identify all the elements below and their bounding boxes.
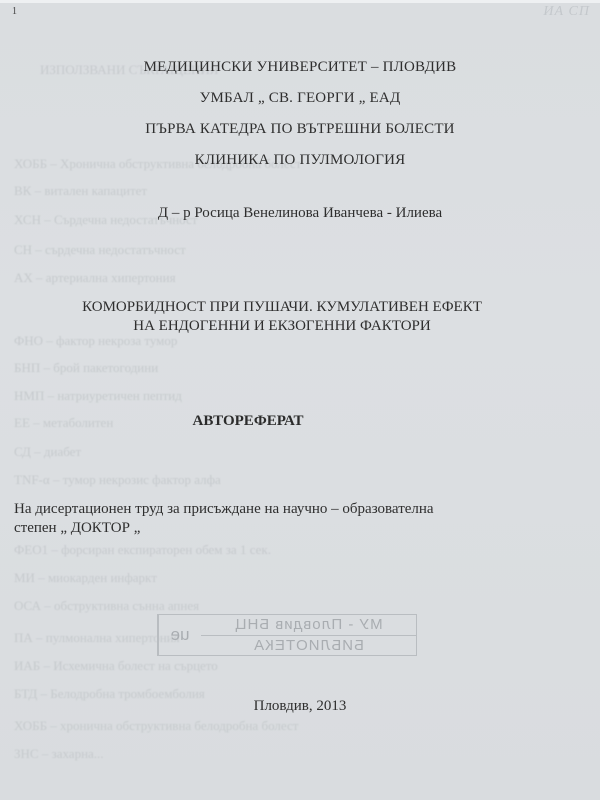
stamp-line: БИБЛИОТЕКА — [201, 635, 416, 656]
bleed-through-line: ИАБ – Исхемична болест на сърцето — [14, 658, 218, 674]
bleed-through-line: ВК – витален капацитет — [14, 183, 147, 199]
degree-purpose: На дисертационен труд за присъждане на н… — [14, 500, 574, 538]
scan-edge — [0, 0, 600, 3]
degree-purpose-line: степен „ ДОКТОР „ — [14, 519, 574, 538]
stamp-code: ue — [158, 615, 201, 655]
bleed-through-line: СН – сърдечна недостатъчност — [14, 242, 186, 258]
stamp-line: МУ - Пловдив БНЦ — [201, 615, 416, 635]
bleed-through-line: ХОББ – хронична обструктивна белодробна … — [14, 718, 298, 734]
bleed-through-line: СД – диабет — [14, 444, 81, 460]
thesis-title-line: КОМОРБИДНОСТ ПРИ ПУШАЧИ. КУМУЛАТИВЕН ЕФЕ… — [22, 298, 542, 317]
page-number: 1 — [12, 6, 17, 17]
bleed-through-line: TNF-α – тумор некрозис фактор алфа — [14, 472, 221, 488]
header-university: МЕДИЦИНСКИ УНИВЕРСИТЕТ – ПЛОВДИВ — [0, 59, 600, 76]
bleed-through-line: МИ – миокарден инфаркт — [14, 570, 157, 586]
bleed-through-line: ФЕО1 – форсиран експираторен обем за 1 с… — [14, 542, 271, 558]
bleed-through-line: АХ – артериална хипертония — [14, 270, 176, 286]
bleed-through-line: ПА – пулмонална хипертония — [14, 630, 180, 646]
handwritten-corner-mark: ИА СП — [543, 4, 590, 20]
header-clinic: КЛИНИКА ПО ПУЛМОЛОГИЯ — [0, 152, 600, 169]
library-stamp: ue МУ - Пловдив БНЦ БИБЛИОТЕКА — [157, 614, 417, 656]
bleed-through-line: ЗНС – захарна... — [14, 746, 104, 762]
document-type: АВТОРЕФЕРАТ — [0, 413, 496, 430]
header-hospital: УМБАЛ „ СВ. ГЕОРГИ „ ЕАД — [0, 90, 600, 107]
author-name: Д – р Росица Венелинова Иванчева - Илиев… — [0, 205, 600, 222]
thesis-title-line: НА ЕНДОГЕННИ И ЕКЗОГЕННИ ФАКТОРИ — [22, 317, 542, 336]
bleed-through-line: ОСА – обструктивна сънна апнея — [14, 598, 199, 614]
degree-purpose-line: На дисертационен труд за присъждане на н… — [14, 500, 574, 519]
bleed-through-line: БНП – брой пакетогодини — [14, 360, 158, 376]
header-department: ПЪРВА КАТЕДРА ПО ВЪТРЕШНИ БОЛЕСТИ — [0, 121, 600, 138]
thesis-title: КОМОРБИДНОСТ ПРИ ПУШАЧИ. КУМУЛАТИВЕН ЕФЕ… — [22, 298, 542, 336]
place-and-year: Пловдив, 2013 — [0, 698, 600, 715]
document-page: ИЗПОЛЗВАНИ СЪКРАЩЕНИЯ ХОББ – Хронична об… — [0, 0, 600, 800]
bleed-through-line: НМП – натриуретичен пептид — [14, 388, 182, 404]
